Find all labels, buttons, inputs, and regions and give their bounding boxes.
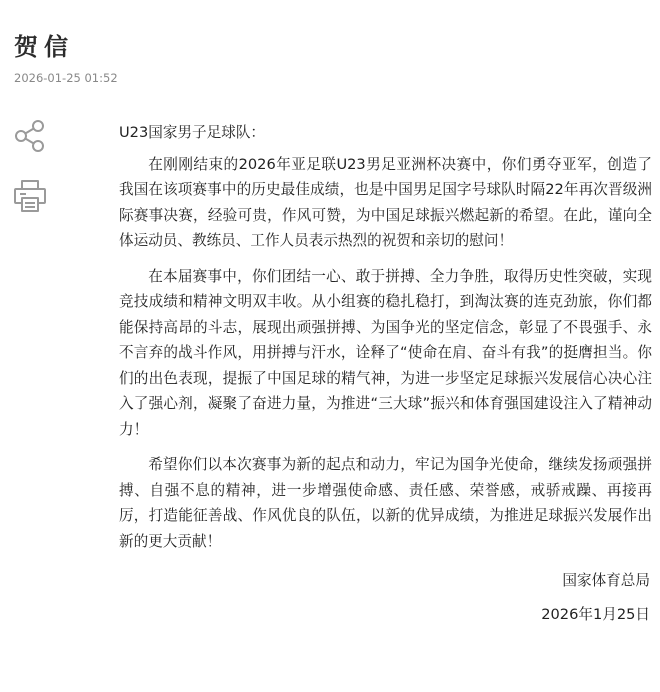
paragraph-3: 希望你们以本次赛事为新的起点和动力，牢记为国争光使命，继续发扬顽强拼搏、自强不息…: [119, 452, 652, 554]
salutation: U23国家男子足球队：: [119, 120, 652, 146]
side-toolbar: [12, 118, 48, 238]
printer-icon: [12, 178, 48, 214]
signature-date: 2026年1月25日: [541, 605, 650, 625]
paragraph-1: 在刚刚结束的2026年亚足联U23男足亚洲杯决赛中，你们勇夺亚军，创造了我国在该…: [119, 152, 652, 254]
page-title: 贺信: [14, 30, 74, 64]
paragraph-2: 在本届赛事中，你们团结一心、敢于拼搏、全力争胜，取得历史性突破，实现竞技成绩和精…: [119, 264, 652, 443]
share-button[interactable]: [12, 118, 48, 154]
publish-timestamp: 2026-01-25 01:52: [14, 70, 118, 86]
print-button[interactable]: [12, 178, 48, 214]
article-body: U23国家男子足球队： 在刚刚结束的2026年亚足联U23男足亚洲杯决赛中，你们…: [119, 120, 652, 564]
share-icon: [12, 118, 48, 154]
signature-organization: 国家体育总局: [562, 571, 650, 591]
